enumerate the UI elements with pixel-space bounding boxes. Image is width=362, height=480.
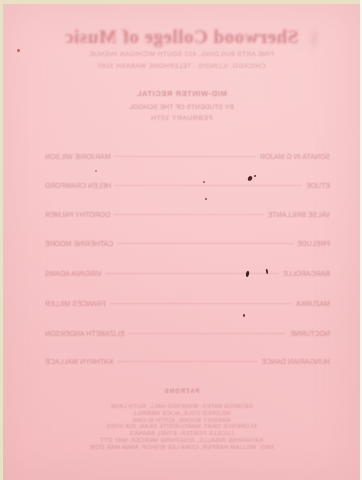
- selection-label: SONATA IN G MAJOR: [260, 154, 330, 161]
- scan-smudge: [309, 20, 319, 58]
- footer-heading: PATRONS: [3, 389, 360, 395]
- selection-label: ETUDE: [306, 183, 330, 190]
- leader-line: [117, 243, 293, 244]
- leader-line: [114, 214, 264, 215]
- program-row: HUNGARIAN DANCE KATHRYN WALLACE: [45, 359, 330, 369]
- footer-line: MILDRED COLE, ALICE MERRILL: [3, 411, 360, 417]
- program-row: ETUDE HELEN CRAWFORD: [45, 183, 330, 193]
- selection-label: BARCAROLLE: [283, 271, 330, 278]
- selection-label: MAZURKA: [296, 301, 330, 308]
- footer-line: MRS. WILLIAM HARPER, CORA LEE BISHOP, AN…: [3, 445, 360, 451]
- footer-line: GEORGIA BATES, WINIFRED HALL, RUTH LANE: [3, 404, 360, 410]
- pink-program-sheet: Sherwood College of Music FINE ARTS BUIL…: [3, 4, 360, 480]
- masthead-title: Sherwood College of Music: [3, 27, 360, 49]
- selection-label: PRELUDE: [297, 241, 330, 248]
- performer-name: CATHERINE MOORE: [45, 241, 113, 248]
- program-row: BARCAROLLE VIRGINIA ADAMS: [45, 271, 330, 281]
- footer-line: LUCILLE PORTER, ETHEL BARNES: [3, 431, 360, 437]
- performer-name: VIRGINIA ADAMS: [45, 271, 102, 278]
- leader-line: [106, 273, 279, 274]
- performer-name: ELIZABETH ANDERSON: [45, 331, 124, 338]
- leader-line: [115, 185, 302, 186]
- program-row: VALSE BRILLANTE DOROTHY PALMER: [45, 212, 330, 222]
- performer-name: HELEN CRAWFORD: [45, 183, 111, 190]
- selection-label: VALSE BRILLANTE: [268, 212, 330, 219]
- footer-line: KATHERINE INGALLS, JOSEPHINE MERCER, MAY…: [3, 438, 360, 444]
- performer-name: KATHRYN WALLACE: [45, 359, 113, 366]
- leader-line: [128, 333, 286, 334]
- masthead-address-line: FINE ARTS BUILDING, 410 SOUTH MICHIGAN A…: [3, 51, 360, 58]
- recital-heading-line3: FEBRUARY 10TH: [3, 115, 360, 122]
- leader-line: [117, 361, 258, 362]
- selection-label: NOCTURNE: [290, 331, 330, 338]
- program-row: MAZURKA FRANCES MILLER: [45, 301, 330, 311]
- leader-line: [110, 303, 292, 304]
- footer-line: FLORENCE GRAY, MARGUERITE DEAN, IDA VOSS: [3, 424, 360, 430]
- recital-heading-line2: BY STUDENTS OF THE SCHOOL: [3, 104, 360, 111]
- masthead-city-line: CHICAGO, ILLINOIS - TELEPHONE WABASH 316…: [3, 63, 360, 70]
- selection-label: HUNGARIAN DANCE: [262, 359, 330, 366]
- leader-line: [115, 156, 256, 157]
- performer-name: FRANCES MILLER: [45, 301, 106, 308]
- program-row: NOCTURNE ELIZABETH ANDERSON: [45, 331, 330, 341]
- recital-heading-line1: MID-WINTER RECITAL: [3, 89, 360, 98]
- mirrored-bleed-through-content: Sherwood College of Music FINE ARTS BUIL…: [3, 4, 360, 480]
- performer-name: MARJORIE WILSON: [45, 154, 111, 161]
- program-row: SONATA IN G MAJOR MARJORIE WILSON: [45, 154, 330, 164]
- program-row: PRELUDE CATHERINE MOORE: [45, 241, 330, 251]
- performer-name: DOROTHY PALMER: [45, 212, 110, 219]
- scanned-page-background: { "page": { "paper_color": "#f8c6c8", "s…: [0, 0, 362, 480]
